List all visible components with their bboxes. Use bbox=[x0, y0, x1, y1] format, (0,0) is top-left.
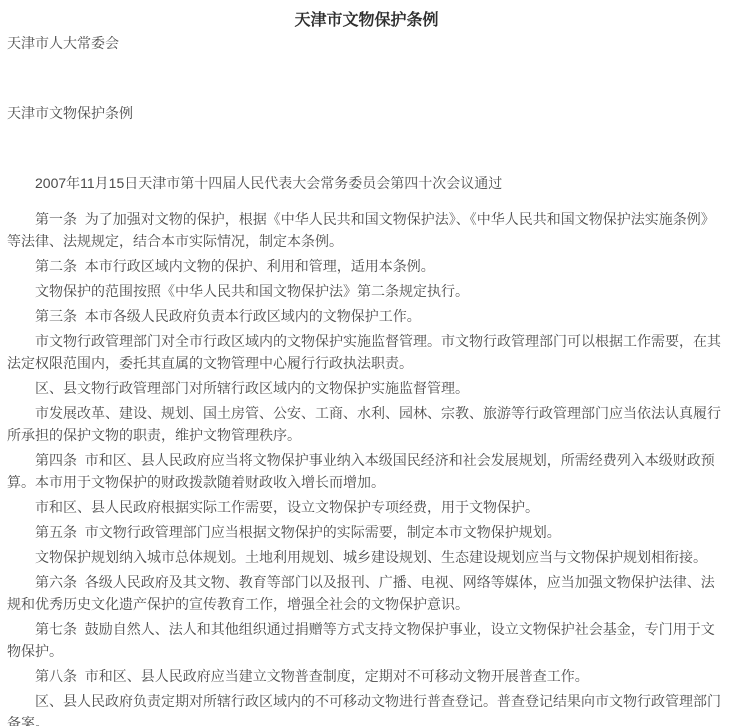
article-paragraph: 第五条 市文物行政管理部门应当根据文物保护的实际需要，制定本市文物保护规划。 bbox=[7, 521, 726, 543]
article-paragraph: 第二条 本市行政区域内文物的保护、利用和管理，适用本条例。 bbox=[7, 255, 726, 277]
article-paragraph: 第一条 为了加强对文物的保护，根据《中华人民共和国文物保护法》、《中华人民共和国… bbox=[7, 208, 726, 252]
article-paragraph: 文物保护规划纳入城市总体规划。土地利用规划、城乡建设规划、生态建设规划应当与文物… bbox=[7, 546, 726, 568]
article-paragraph: 市发展改革、建设、规划、国土房管、公安、工商、水利、园林、宗教、旅游等行政管理部… bbox=[7, 402, 726, 446]
article-paragraph: 第七条 鼓励自然人、法人和其他组织通过捐赠等方式支持文物保护事业，设立文物保护社… bbox=[7, 618, 726, 662]
article-paragraphs: 第一条 为了加强对文物的保护，根据《中华人民共和国文物保护法》、《中华人民共和国… bbox=[7, 208, 726, 726]
passage-note: 2007年11月15日天津市第十四届人民代表大会常务委员会第四十次会议通过 bbox=[7, 172, 726, 194]
article-paragraph: 第四条 市和区、县人民政府应当将文物保护事业纳入本级国民经济和社会发展规划，所需… bbox=[7, 449, 726, 493]
article-paragraph: 市和区、县人民政府根据实际工作需要，设立文物保护专项经费，用于文物保护。 bbox=[7, 496, 726, 518]
article-paragraph: 区、县人民政府负责定期对所辖行政区域内的不可移动文物进行普查登记。普查登记结果向… bbox=[7, 690, 726, 726]
article-paragraph: 第三条 本市各级人民政府负责本行政区域内的文物保护工作。 bbox=[7, 305, 726, 327]
article-paragraph: 第八条 市和区、县人民政府应当建立文物普查制度，定期对不可移动文物开展普查工作。 bbox=[7, 665, 726, 687]
page-title: 天津市文物保护条例 bbox=[7, 10, 726, 32]
article-paragraph: 第六条 各级人民政府及其文物、教育等部门以及报刊、广播、电视、网络等媒体，应当加… bbox=[7, 571, 726, 615]
document-page: 天津市文物保护条例 天津市人大常委会 天津市文物保护条例 2007年11月15日… bbox=[0, 0, 733, 726]
document-title-line: 天津市文物保护条例 bbox=[7, 102, 726, 124]
article-paragraph: 市文物行政管理部门对全市行政区域内的文物保护实施监督管理。市文物行政管理部门可以… bbox=[7, 330, 726, 374]
article-paragraph: 区、县文物行政管理部门对所辖行政区域内的文物保护实施监督管理。 bbox=[7, 377, 726, 399]
issuer-line: 天津市人大常委会 bbox=[7, 32, 726, 54]
article-paragraph: 文物保护的范围按照《中华人民共和国文物保护法》第二条规定执行。 bbox=[7, 280, 726, 302]
